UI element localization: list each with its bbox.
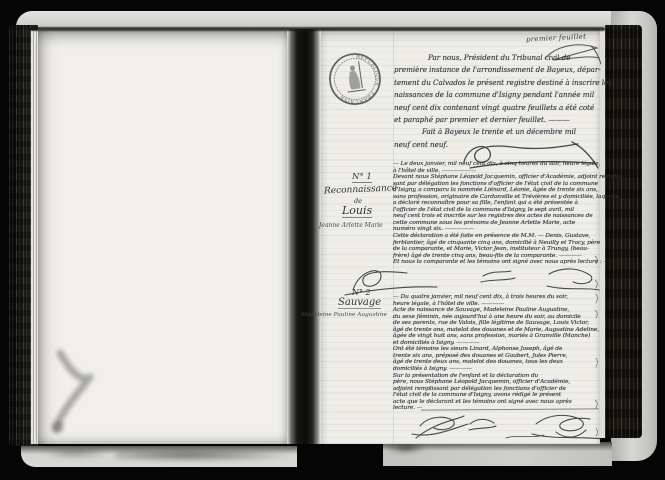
republique-francaise-seal-icon: · RÉPUBLIQUE · FRANÇAISE · [326,50,385,109]
book-gutter-shadow [287,29,321,444]
pages-top-edge-shadow [30,27,605,31]
bottom-edge-smudge [115,448,295,462]
act1-margin-title: Reconnaissance [324,184,392,197]
act1-margin-name: Louis [342,204,372,218]
act2-signatures [406,412,646,442]
ink-smudge-stain [38,31,287,444]
act2-text: — Du quatre janvier, mil neuf cent dix, … [393,294,600,412]
act2-margin-name: Sauvage [338,297,381,309]
act1-text: — Le deux janvier, mil neuf cent dix, à … [393,161,600,266]
act1-margin-subnames: Jeanne Arlette Marie [319,222,395,229]
act1-margin-number: N° 1 [352,172,372,183]
act1-signatures [341,264,603,298]
scanned-register-photo: · RÉPUBLIQUE · FRANÇAISE · premier feuil… [0,0,665,480]
page-edge-ink-marks [593,28,601,444]
left-page-blank [38,31,287,444]
act2-margin-subnames: Madeleine Pauline Augustine [301,312,405,318]
right-page-register: · RÉPUBLIQUE · FRANÇAISE · premier feuil… [321,28,600,444]
act2-margin-number: N° 2 [352,288,371,297]
bottom-edge-smudge [40,447,110,459]
left-page-edge-sliver [31,30,38,444]
